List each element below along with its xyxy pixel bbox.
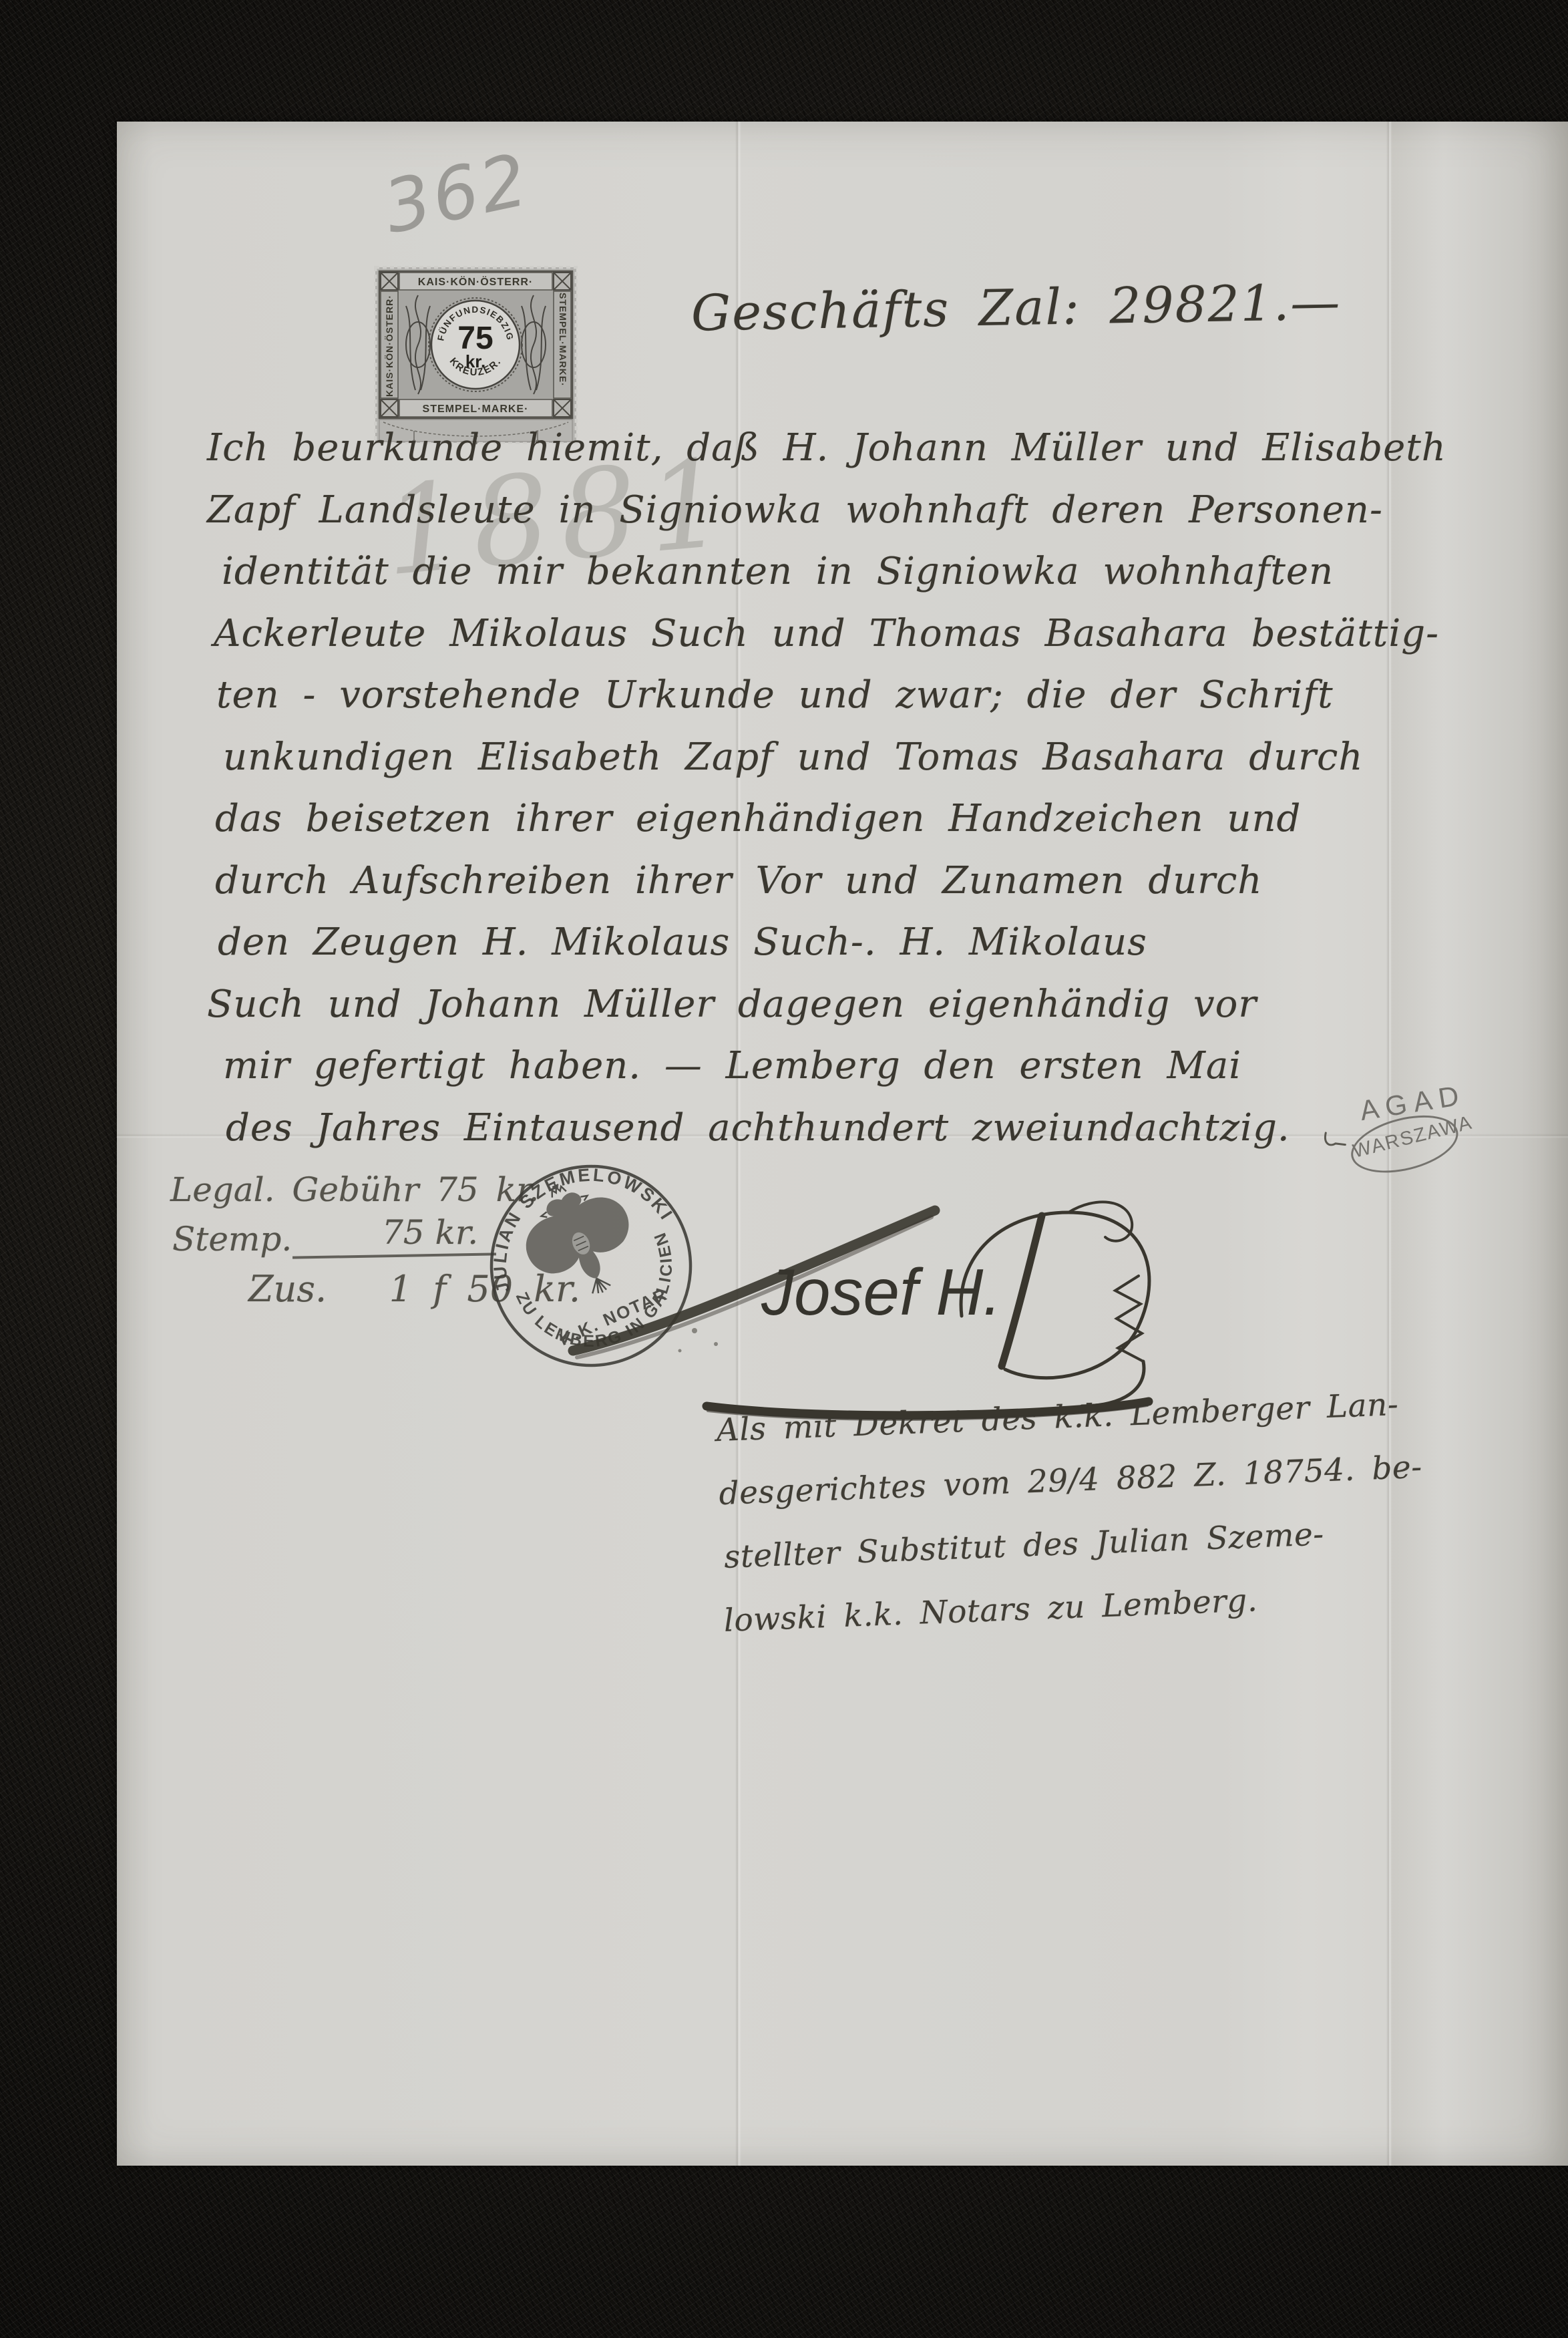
body-line: Such und Johann Müller dagegen eigenhänd…	[207, 974, 1409, 1036]
stamp-bottom-banner-text: STEMPEL·MARKE·	[423, 403, 529, 415]
stamp-top-banner-text: KAIS·KÖN·ÖSTERR·	[418, 275, 533, 288]
body-line: den Zeugen H. Mikolaus Such-. H. Mikolau…	[218, 912, 1409, 974]
stamp-value-unit: kr.	[465, 351, 485, 371]
fee-line2-label: Stemp.	[172, 1220, 292, 1259]
signature: Josef H.	[561, 1176, 1175, 1430]
body-line: durch Aufschreiben ihrer Vor und Zunamen…	[215, 850, 1409, 912]
signature-zigzag	[1115, 1276, 1143, 1361]
stamp-left-banner-text: KAIS·KÖN·ÖSTERR·	[384, 295, 395, 397]
stamp-right-banner-text: STEMPEL·MARKE·	[558, 293, 568, 387]
body-line: mir gefertigt haben. — Lemberg den erste…	[223, 1035, 1409, 1098]
body-line: Ich beurkunde hiemit, daß H. Johann Müll…	[207, 417, 1409, 480]
body-line: Zapf Landsleute in Signiowka wohnhaft de…	[207, 480, 1409, 542]
document-scan: { "pencil_number": "362", "header": { "t…	[0, 0, 1568, 2338]
ink-splatter	[678, 1328, 719, 1353]
body-line: des Jahres Eintausend achthundert zweiun…	[226, 1098, 1409, 1160]
fee-total-label: Zus.	[248, 1268, 327, 1310]
fee-line2-amount: 75 kr.	[382, 1213, 478, 1252]
pen-check-mark	[1320, 1121, 1364, 1160]
header-reference-number: Geschäfts Zal: 29821.—	[691, 274, 1342, 343]
body-line: identität die mir bekannten in Signiowka…	[222, 541, 1409, 603]
body-handwriting: Ich beurkunde hiemit, daß H. Johann Müll…	[207, 417, 1409, 1159]
body-line: ten - vorstehende Urkunde und zwar; die …	[216, 665, 1409, 727]
body-line: Ackerleute Mikolaus Such und Thomas Basa…	[214, 603, 1409, 665]
signature-name-text: Josef H.	[761, 1255, 1001, 1329]
body-line: unkundigen Elisabeth Zapf und Tomas Basa…	[223, 727, 1409, 789]
body-line: das beisetzen ihrer eigenhändigen Handze…	[215, 788, 1409, 850]
